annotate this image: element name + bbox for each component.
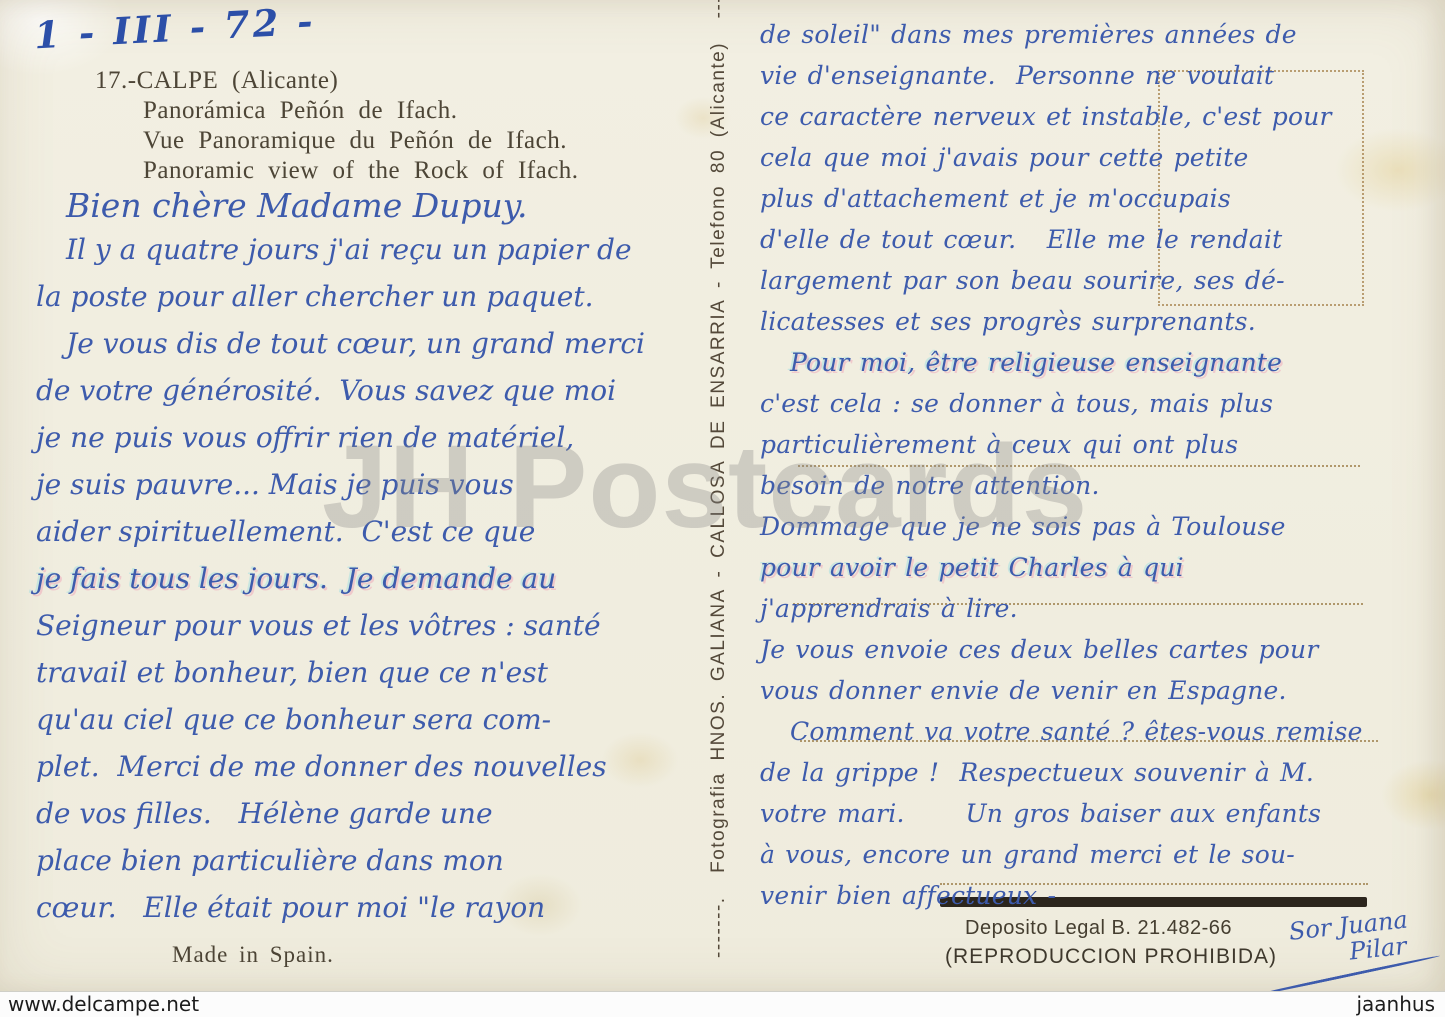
- handwritten-line: licatesses et ses progrès surprenants.: [760, 307, 1363, 348]
- handwritten-line: pour avoir le petit Charles à qui: [760, 553, 1363, 594]
- handwritten-line: Je vous envoie ces deux belles cartes po…: [760, 635, 1363, 676]
- handwritten-line: Comment va votre santé ? êtes-vous remis…: [760, 717, 1363, 758]
- footer-bar: www.delcampe.net jaanhus: [0, 991, 1445, 1017]
- printer-credit-vertical: -------. Fotografia HNOS. GALIANA - CALL…: [708, 18, 738, 958]
- caption-french: Vue Panoramique du Peñón de Ifach.: [95, 126, 579, 156]
- handwritten-line: je ne puis vous offrir rien de matériel,: [36, 421, 645, 468]
- handwritten-line: qu'au ciel que ce bonheur sera com-: [36, 703, 645, 750]
- handwritten-line: plet. Merci de me donner des nouvelles: [36, 750, 645, 797]
- handwritten-line: vie d'enseignante. Personne ne voulait: [760, 61, 1363, 102]
- handwritten-line: de votre générosité. Vous savez que moi: [36, 374, 645, 421]
- handwritten-line: Bien chère Madame Dupuy.: [36, 186, 645, 233]
- handwritten-line: de soleil" dans mes premières années de: [760, 20, 1363, 61]
- caption-spanish: Panorámica Peñón de Ifach.: [95, 96, 579, 126]
- handwritten-line: c'est cela : se donner à tous, mais plus: [760, 389, 1363, 430]
- handwritten-line: cœur. Elle était pour moi "le rayon: [36, 891, 645, 938]
- delcampe-site-label: www.delcampe.net: [8, 992, 199, 1017]
- handwritten-line: cela que moi j'avais pour cette petite: [760, 143, 1363, 184]
- handwritten-line: Je vous dis de tout cœur, un grand merci: [36, 327, 645, 374]
- handwritten-line: besoin de notre attention.: [760, 471, 1363, 512]
- handwritten-line: aider spirituellement. C'est ce que: [36, 515, 645, 562]
- caption-english: Panoramic view of the Rock of Ifach.: [95, 156, 579, 186]
- handwritten-line: à vous, encore un grand merci et le sou-: [760, 840, 1363, 881]
- handwritten-line: Pour moi, être religieuse enseignante: [760, 348, 1363, 389]
- handwritten-date: 1 - III - 72 -: [33, 0, 317, 57]
- reproduccion-prohibida: (REPRODUCCION PROHIBIDA): [945, 945, 1277, 969]
- handwritten-line: de vos filles. Hélène garde une: [36, 797, 645, 844]
- handwritten-line: je fais tous les jours. Je demande au: [36, 562, 645, 609]
- caption-title: 17.-CALPE (Alicante): [95, 66, 579, 96]
- handwritten-line: venir bien affectueux -: [760, 881, 1363, 922]
- handwritten-line: la poste pour aller chercher un paquet.: [36, 280, 645, 327]
- seller-name-label: jaanhus: [1356, 992, 1435, 1017]
- handwritten-line: Dommage que je ne sois pas à Toulouse: [760, 512, 1363, 553]
- handwritten-line: d'elle de tout cœur. Elle me le rendait: [760, 225, 1363, 266]
- handwritten-line: Seigneur pour vous et les vôtres : santé: [36, 609, 645, 656]
- handwritten-line: plus d'attachement et je m'occupais: [760, 184, 1363, 225]
- handwritten-line: particulièrement à ceux qui ont plus: [760, 430, 1363, 471]
- postcard-scan: 1 - III - 72 - 17.-CALPE (Alicante) Pano…: [0, 0, 1445, 1017]
- handwritten-line: j'apprendrais à lire.: [760, 594, 1363, 635]
- postcard-back: 1 - III - 72 - 17.-CALPE (Alicante) Pano…: [0, 0, 1445, 992]
- handwritten-line: je suis pauvre... Mais je puis vous: [36, 468, 645, 515]
- handwritten-line: place bien particulière dans mon: [36, 844, 645, 891]
- letter-left-page: Bien chère Madame Dupuy.Il y a quatre jo…: [36, 186, 645, 938]
- handwritten-line: vous donner envie de venir en Espagne.: [760, 676, 1363, 717]
- deposito-legal: Deposito Legal B. 21.482-66: [965, 917, 1232, 940]
- handwritten-line: largement par son beau sourire, ses dé-: [760, 266, 1363, 307]
- letter-right-page: de soleil" dans mes premières années dev…: [760, 20, 1363, 922]
- handwritten-line: Il y a quatre jours j'ai reçu un papier …: [36, 233, 645, 280]
- handwritten-line: votre mari. Un gros baiser aux enfants: [760, 799, 1363, 840]
- printed-caption: 17.-CALPE (Alicante) Panorámica Peñón de…: [95, 66, 579, 186]
- made-in-spain: Made in Spain.: [172, 942, 334, 968]
- handwritten-line: ce caractère nerveux et instable, c'est …: [760, 102, 1363, 143]
- handwritten-line: travail et bonheur, bien que ce n'est: [36, 656, 645, 703]
- handwritten-line: de la grippe ! Respectueux souvenir à M.: [760, 758, 1363, 799]
